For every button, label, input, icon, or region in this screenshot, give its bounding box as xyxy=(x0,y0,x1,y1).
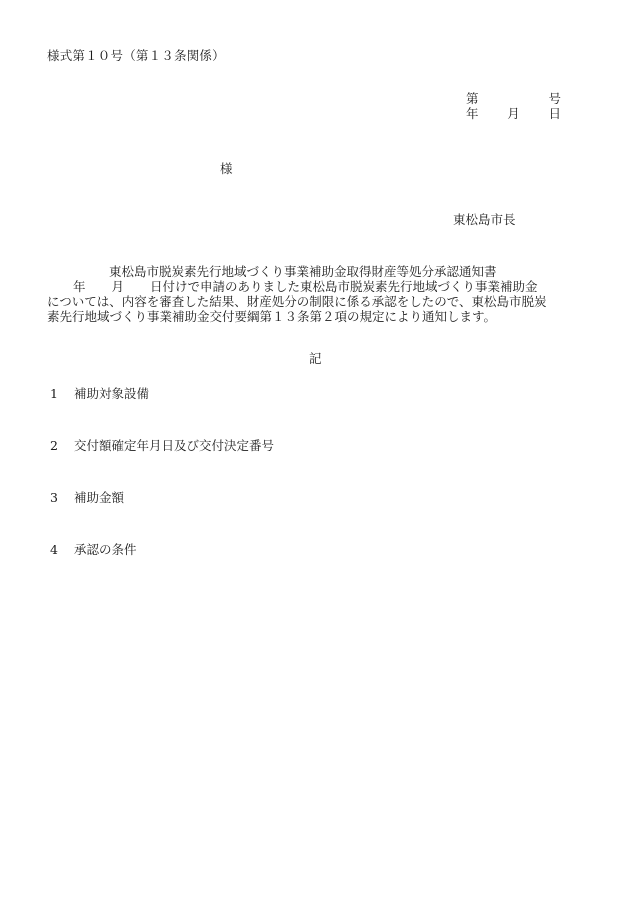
item-label: 承認の条件 xyxy=(74,542,137,557)
reference-number-date: 第 号 年 月 日 xyxy=(466,91,561,121)
date-day: 日 xyxy=(548,106,561,121)
item-number: 4 xyxy=(50,542,74,557)
notice-body: 東松島市脱炭素先行地域づくり事業補助金取得財産等処分承認通知書 年 月 日付けで… xyxy=(47,264,584,324)
item-label: 補助金額 xyxy=(74,490,124,505)
item-label: 交付額確定年月日及び交付決定番号 xyxy=(74,438,274,453)
list-item: 3補助金額 xyxy=(50,490,124,505)
list-item: 1補助対象設備 xyxy=(50,386,149,401)
issuer: 東松島市長 xyxy=(453,212,516,227)
list-item: 4承認の条件 xyxy=(50,542,137,557)
list-item: 2交付額確定年月日及び交付決定番号 xyxy=(50,438,274,453)
ki-heading: 記 xyxy=(309,351,322,366)
date-year: 年 xyxy=(466,106,479,121)
document-title: 東松島市脱炭素先行地域づくり事業補助金取得財産等処分承認通知書 xyxy=(47,264,584,279)
body-line-1-text: 日付けで申請のありました東松島市脱炭素先行地域づくり事業補助金 xyxy=(150,279,538,294)
addressee: 様 xyxy=(220,161,233,176)
number-prefix: 第 xyxy=(466,91,479,106)
body-line-1: 年 月 日付けで申請のありました東松島市脱炭素先行地域づくり事業補助金 xyxy=(47,279,584,294)
item-number: 3 xyxy=(50,490,74,505)
number-suffix: 号 xyxy=(548,91,561,106)
reference-date-row: 年 月 日 xyxy=(466,106,561,121)
item-number: 2 xyxy=(50,438,74,453)
body-line-3: 素先行地域づくり事業補助金交付要綱第１３条第２項の規定により通知します。 xyxy=(47,309,584,324)
body-line-2: については、内容を審査した結果、財産処分の制限に係る承認をしたので、東松島市脱炭 xyxy=(47,294,584,309)
date-month: 月 xyxy=(507,106,520,121)
form-number: 様式第１０号（第１３条関係） xyxy=(47,48,225,63)
reference-number-row: 第 号 xyxy=(466,91,561,106)
item-label: 補助対象設備 xyxy=(74,386,149,401)
item-number: 1 xyxy=(50,386,74,401)
body-date-month: 月 xyxy=(112,279,125,294)
body-date-year: 年 xyxy=(73,279,86,294)
